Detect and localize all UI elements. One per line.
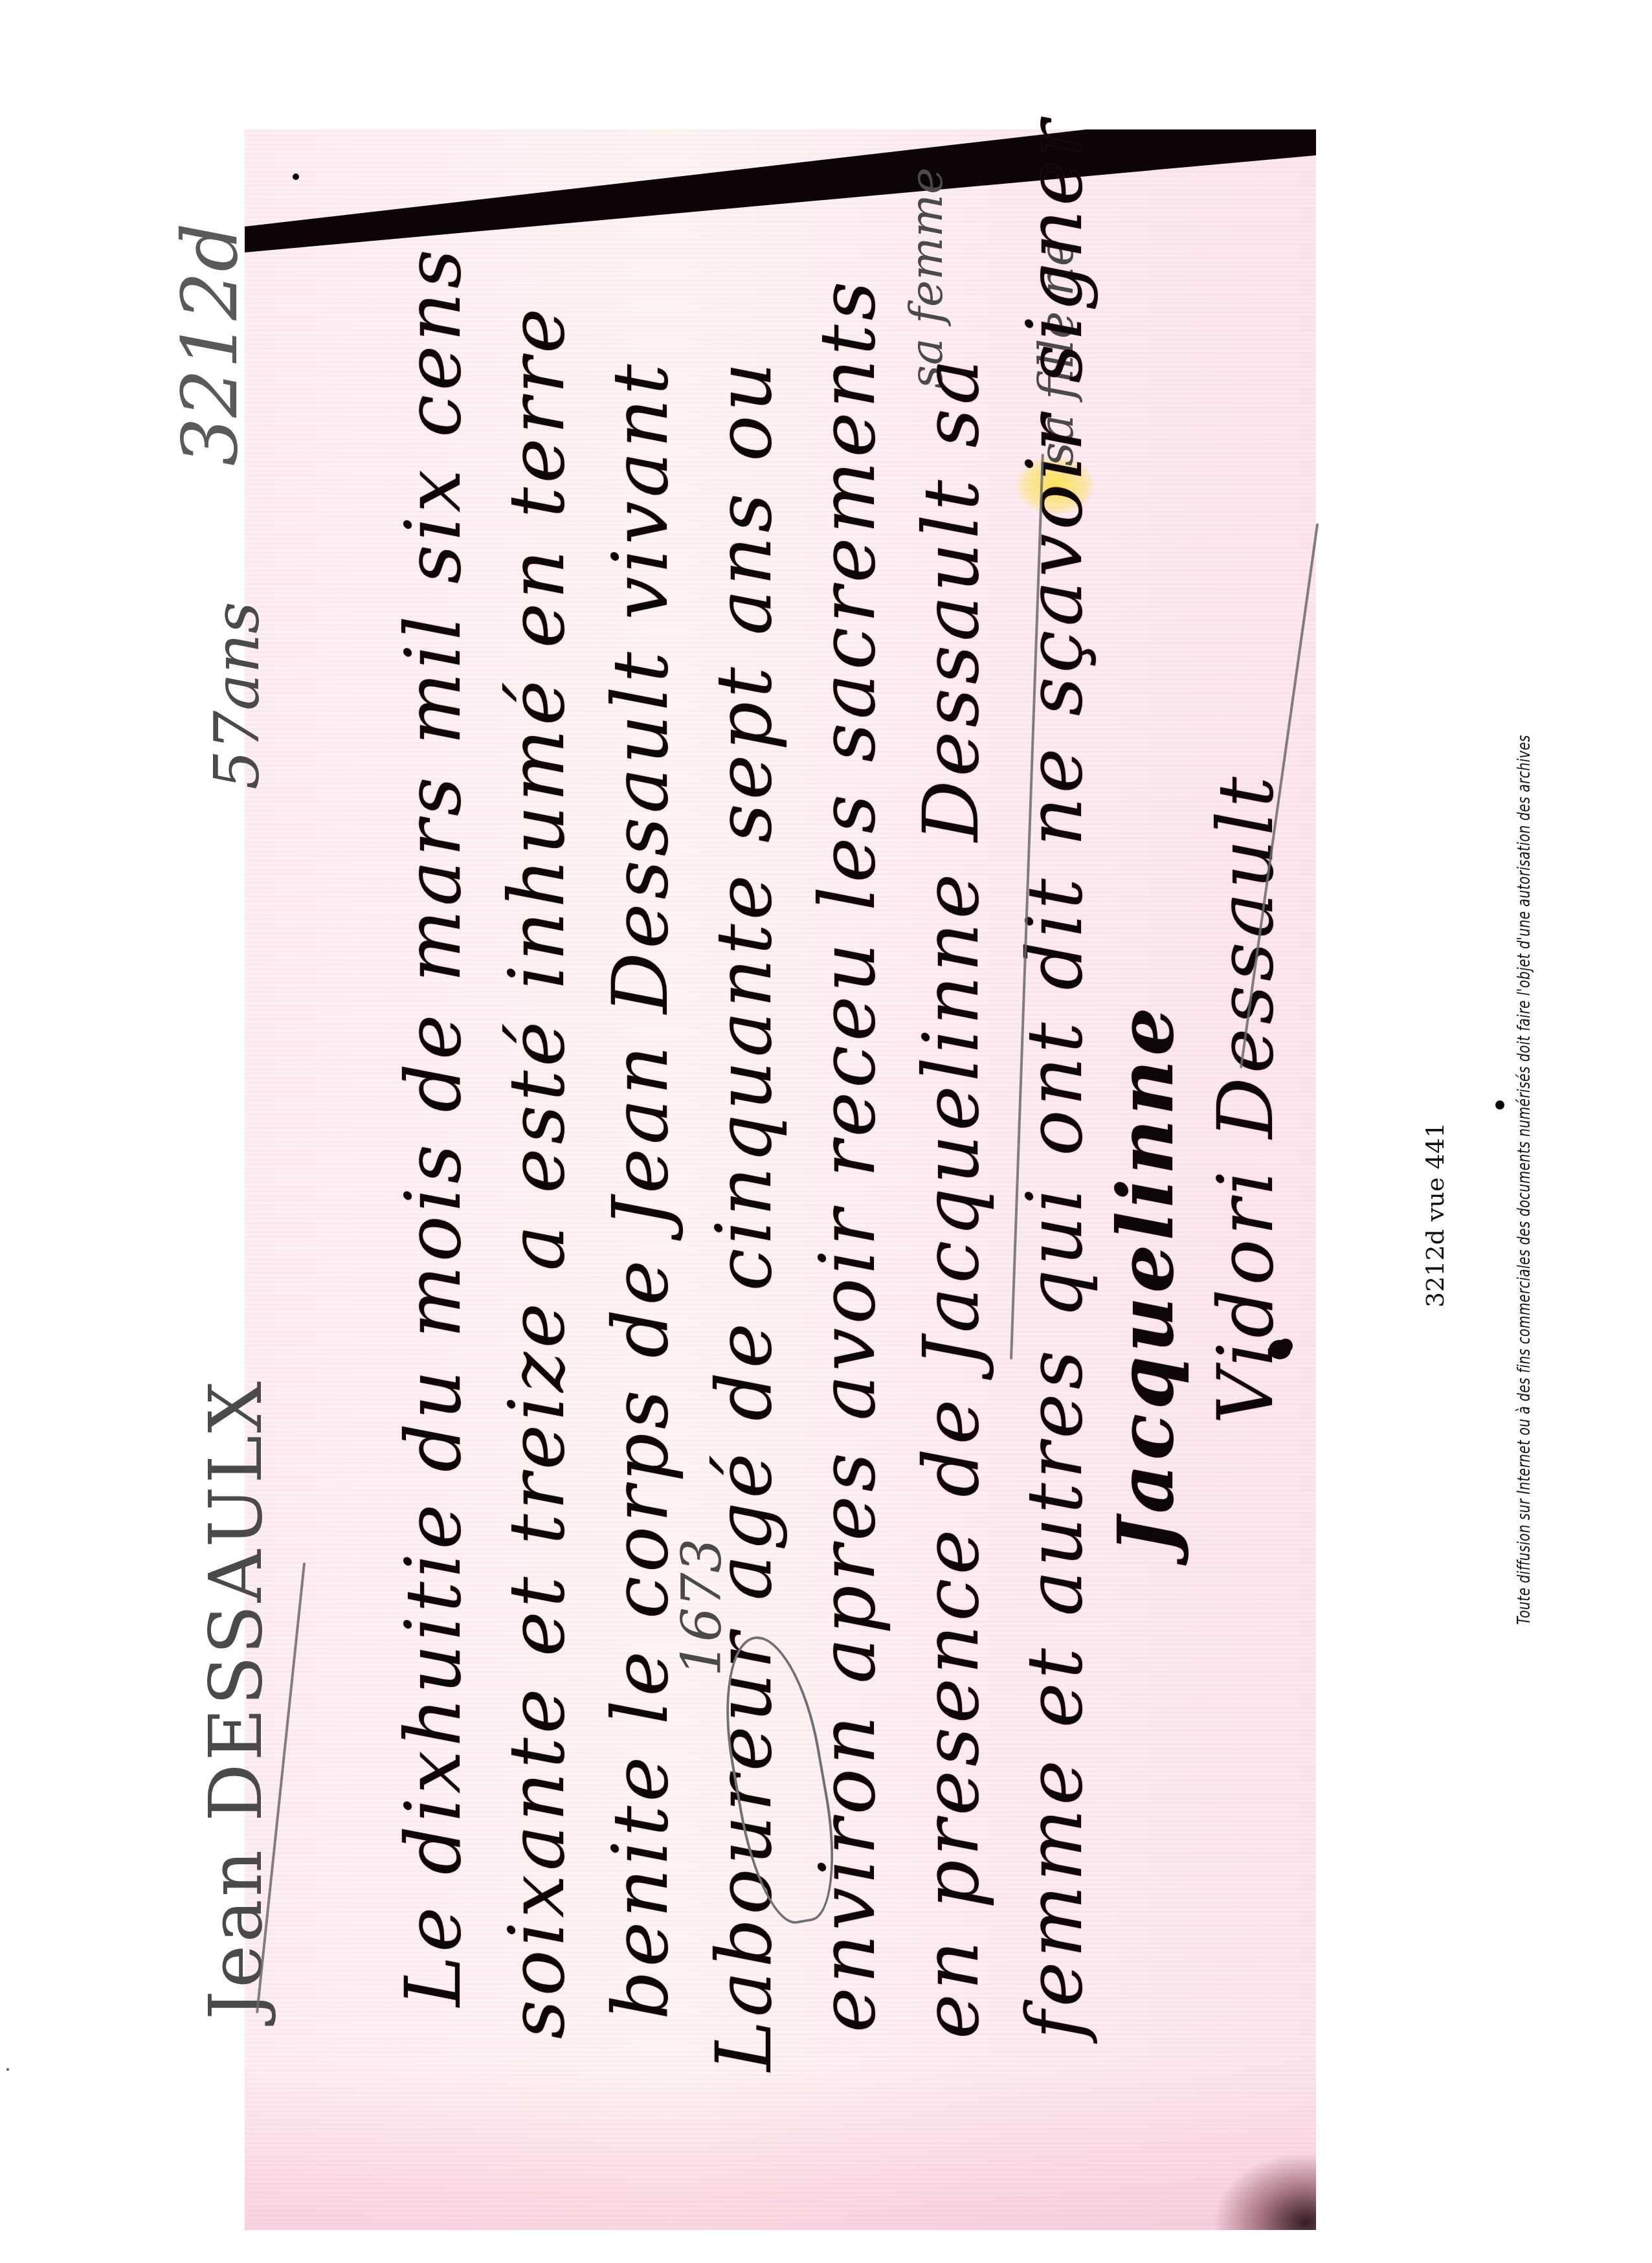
manuscript-line: femme et autres qui ont dit ne sçavoir s… [1010, 117, 1099, 2039]
manuscript-line: benite le corps de Jean Dessault vivant [596, 361, 685, 2020]
manuscript-line: en presence de Jacquelinne Dessault sa [906, 355, 996, 2039]
corner-damage [1212, 2152, 1316, 2230]
reference-number: 3212d [165, 223, 254, 466]
ink-blot [1495, 1100, 1504, 1109]
legal-notice: Toute diffusion sur Internet ou à des fi… [1515, 735, 1534, 1625]
manuscript-signature-line: Vidori Dessault [1201, 773, 1290, 1424]
manuscript-signature-line: Jacquelinne [1100, 1003, 1190, 1554]
ink-blot [1278, 1339, 1293, 1353]
page-reference-label: 3212d vue 441 [1421, 1122, 1449, 1308]
binding-shadow-band [245, 129, 1316, 259]
paper-stain [245, 2062, 1316, 2230]
ink-blot [293, 173, 299, 180]
scan-edge-mark [6, 2068, 9, 2071]
manuscript-line: soixante et treize a esté inhumé en terr… [492, 304, 581, 2039]
age-annotation: 57ans [201, 602, 273, 790]
manuscript-line: Le dixhuitie du mois de mars mil six cen… [388, 245, 478, 2007]
